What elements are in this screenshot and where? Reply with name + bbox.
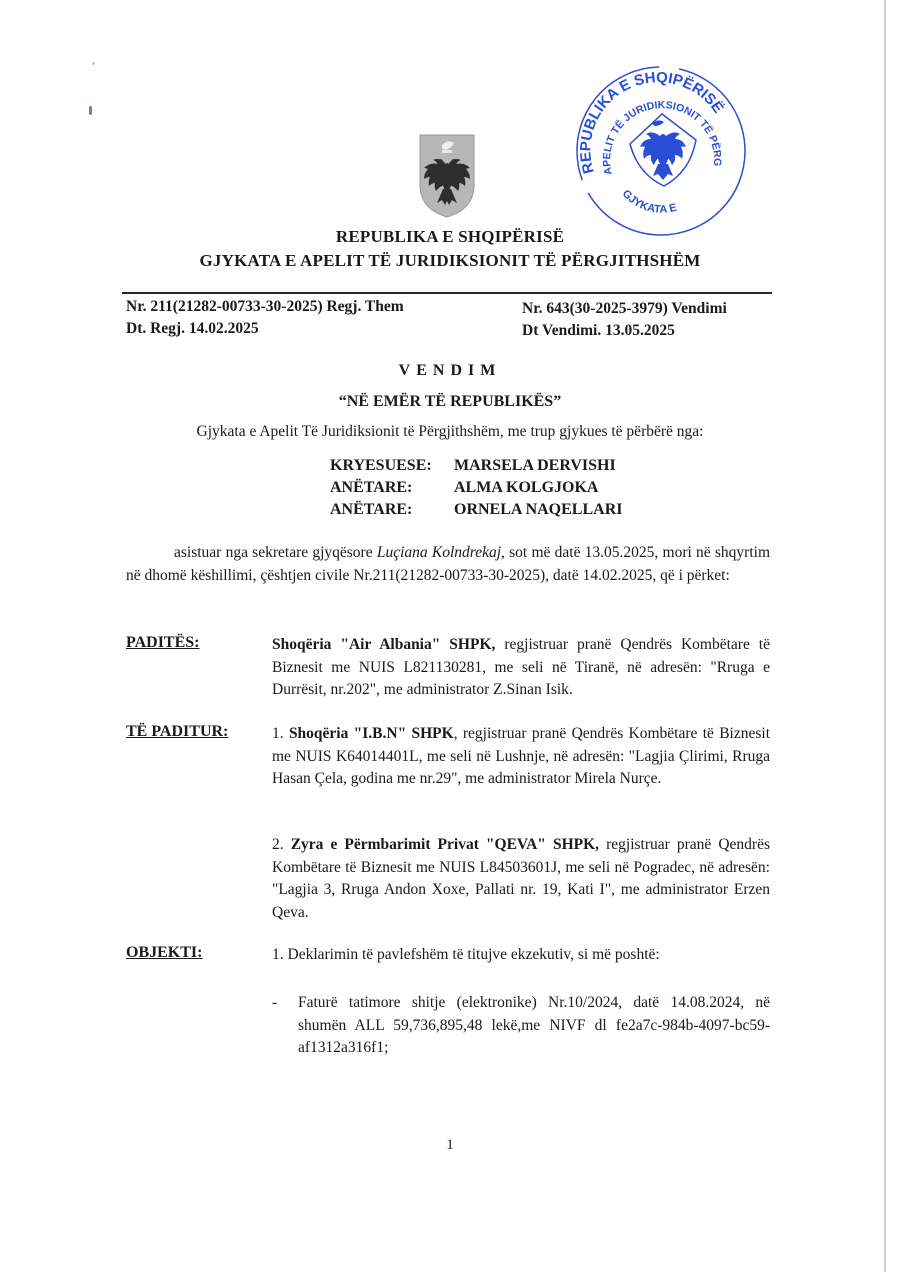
registry-reference: Nr. 211(21282-00733-30-2025) Regj. Them … <box>126 296 404 340</box>
court-seal-stamp-icon: REPUBLIKA E SHQIPËRISË APELIT TË JURIDIK… <box>572 62 750 240</box>
ink-speck <box>89 106 92 115</box>
court-title: GJYKATA E APELIT TË JURIDIKSIONIT TË PËR… <box>0 251 900 271</box>
decision-heading: VENDIM <box>0 362 900 380</box>
defendant-1-name: Shoqëria "I.B.N" SHPK <box>289 725 454 742</box>
registry-number: Nr. 211(21282-00733-30-2025) Regj. Them <box>126 296 404 318</box>
panel-name: MARSELA DERVISHI <box>454 455 616 477</box>
plaintiff-name: Shoqëria "Air Albania" SHPK, <box>272 636 495 653</box>
court-intro: Gjykata e Apelit Të Juridiksionit të Për… <box>0 423 900 441</box>
defendant-2-details: 2. Zyra e Përmbarimit Privat "QEVA" SHPK… <box>272 834 770 924</box>
object-bullet-item: - Faturë tatimore shitje (elektronike) N… <box>272 992 770 1060</box>
panel-role: ANËTARE: <box>330 477 454 499</box>
svg-text:GJYKATA E: GJYKATA E <box>620 188 678 216</box>
panel-member: ANËTARE: ORNELA NAQELLARI <box>330 499 622 521</box>
page-number: 1 <box>0 1137 900 1154</box>
panel-member: KRYESUESE: MARSELA DERVISHI <box>330 455 622 477</box>
panel-name: ORNELA NAQELLARI <box>454 499 622 521</box>
decision-number: Nr. 643(30-2025-3979) Vendimi <box>522 298 727 320</box>
secretary-name: Luçiana Kolndrekaj <box>377 544 501 561</box>
defendant-2-name: Zyra e Përmbarimit Privat "QEVA" SHPK, <box>291 836 599 853</box>
decision-date: Dt Vendimi. 13.05.2025 <box>522 320 727 342</box>
country-title: REPUBLIKA E SHQIPËRISË <box>0 227 900 247</box>
albanian-coat-of-arms-icon <box>418 133 476 219</box>
invoice-description: Faturë tatimore shitje (elektronike) Nr.… <box>298 992 770 1060</box>
object-label: OBJEKTI: <box>126 944 202 962</box>
plaintiff-label: PADITËS: <box>126 634 200 652</box>
plaintiff-details: Shoqëria "Air Albania" SHPK, regjistruar… <box>272 634 770 702</box>
panel-role: ANËTARE: <box>330 499 454 521</box>
panel-role: KRYESUESE: <box>330 455 454 477</box>
panel-name: ALMA KOLGJOKA <box>454 477 598 499</box>
header-divider <box>122 292 772 294</box>
decision-reference: Nr. 643(30-2025-3979) Vendimi Dt Vendimi… <box>522 298 727 342</box>
decision-subheading: “NË EMËR TË REPUBLIKËS” <box>0 393 900 411</box>
bullet-dash: - <box>272 992 298 1060</box>
defendants-label: TË PADITUR: <box>126 723 228 741</box>
scan-edge-line <box>884 0 886 1272</box>
scan-speck <box>92 62 95 65</box>
panel-member: ANËTARE: ALMA KOLGJOKA <box>330 477 622 499</box>
session-paragraph: asistuar nga sekretare gjyqësore Luçiana… <box>126 542 770 587</box>
object-text: 1. Deklarimin të pavlefshëm të titujve e… <box>272 944 770 967</box>
defendant-1-details: 1. Shoqëria "I.B.N" SHPK, regjistruar pr… <box>272 723 770 791</box>
judicial-panel: KRYESUESE: MARSELA DERVISHI ANËTARE: ALM… <box>330 455 622 521</box>
registry-date: Dt. Regj. 14.02.2025 <box>126 318 404 340</box>
